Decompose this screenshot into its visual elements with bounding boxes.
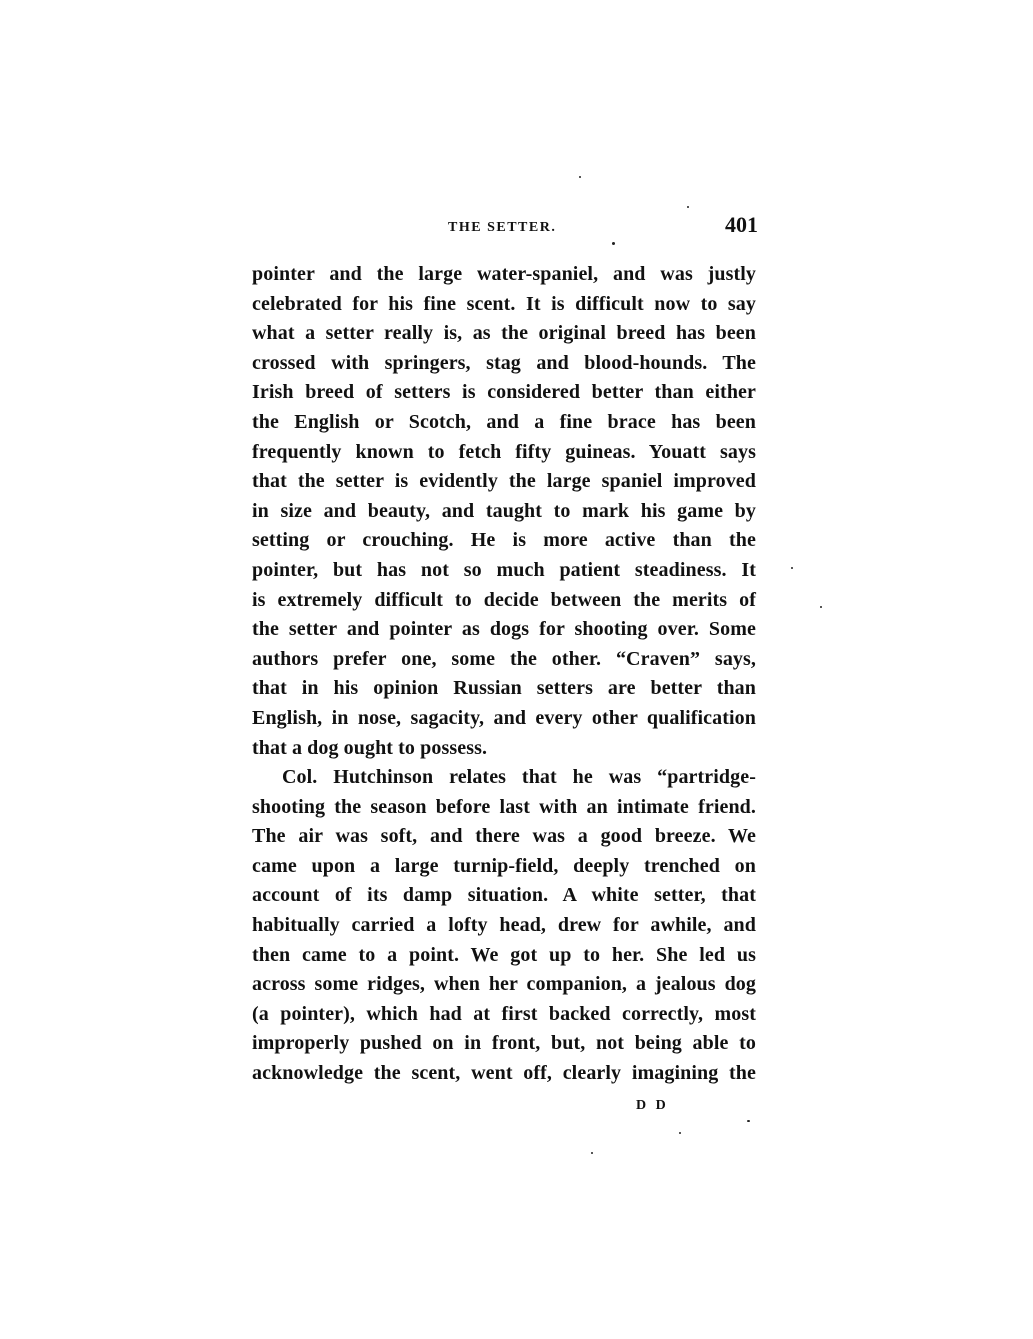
text-line: across some ridges, when her companion, … [252, 970, 756, 1000]
text-line: shooting the season before last with an … [252, 793, 756, 823]
text-line: habitually carried a lofty head, drew fo… [252, 911, 756, 941]
text-line: that in his opinion Russian setters are … [252, 674, 756, 704]
scan-speck [747, 1120, 750, 1122]
running-title: THE SETTER. [448, 220, 556, 236]
running-head: THE SETTER. 401 [252, 216, 758, 240]
text-line: account of its damp situation. A white s… [252, 881, 756, 911]
paragraph-end-line: that a dog ought to possess. [252, 734, 756, 764]
text-line: came upon a large turnip-field, deeply t… [252, 852, 756, 882]
text-line: Irish breed of setters is considered bet… [252, 378, 756, 408]
text-line: authors prefer one, some the other. “Cra… [252, 645, 756, 675]
text-line: crossed with springers, stag and blood-h… [252, 349, 756, 379]
text-line: that the setter is evidently the large s… [252, 467, 756, 497]
text-line: celebrated for his fine scent. It is dif… [252, 290, 756, 320]
text-line: is extremely difficult to decide between… [252, 586, 756, 616]
scan-speck [820, 606, 822, 608]
text-line: pointer and the large water-spaniel, and… [252, 260, 756, 290]
text-line: the English or Scotch, and a fine brace … [252, 408, 756, 438]
text-line: setting or crouching. He is more active … [252, 526, 756, 556]
scan-speck [612, 242, 615, 245]
scan-speck [591, 1152, 593, 1154]
book-page: THE SETTER. 401 pointer and the large wa… [0, 0, 1033, 1339]
body-text: pointer and the large water-spaniel, and… [252, 260, 756, 1089]
text-line: pointer, but has not so much patient ste… [252, 556, 756, 586]
paragraph-start-line: Col. Hutchinson relates that he was “par… [252, 763, 756, 793]
text-line: frequently known to fetch fifty guineas.… [252, 438, 756, 468]
scan-speck [679, 1132, 681, 1134]
text-line: (a pointer), which had at first backed c… [252, 1000, 756, 1030]
text-line: acknowledge the scent, went off, clearly… [252, 1059, 756, 1089]
text-line: English, in nose, sagacity, and every ot… [252, 704, 756, 734]
text-line: the setter and pointer as dogs for shoot… [252, 615, 756, 645]
scan-speck [687, 206, 689, 208]
scan-speck [579, 176, 581, 178]
text-line: what a setter really is, as the original… [252, 319, 756, 349]
text-line: in size and beauty, and taught to mark h… [252, 497, 756, 527]
text-line: improperly pushed on in front, but, not … [252, 1029, 756, 1059]
signature-mark: D D [636, 1098, 669, 1114]
text-line: The air was soft, and there was a good b… [252, 822, 756, 852]
page-number: 401 [725, 212, 758, 238]
text-line: then came to a point. We got up to her. … [252, 941, 756, 971]
scan-speck [791, 567, 793, 569]
